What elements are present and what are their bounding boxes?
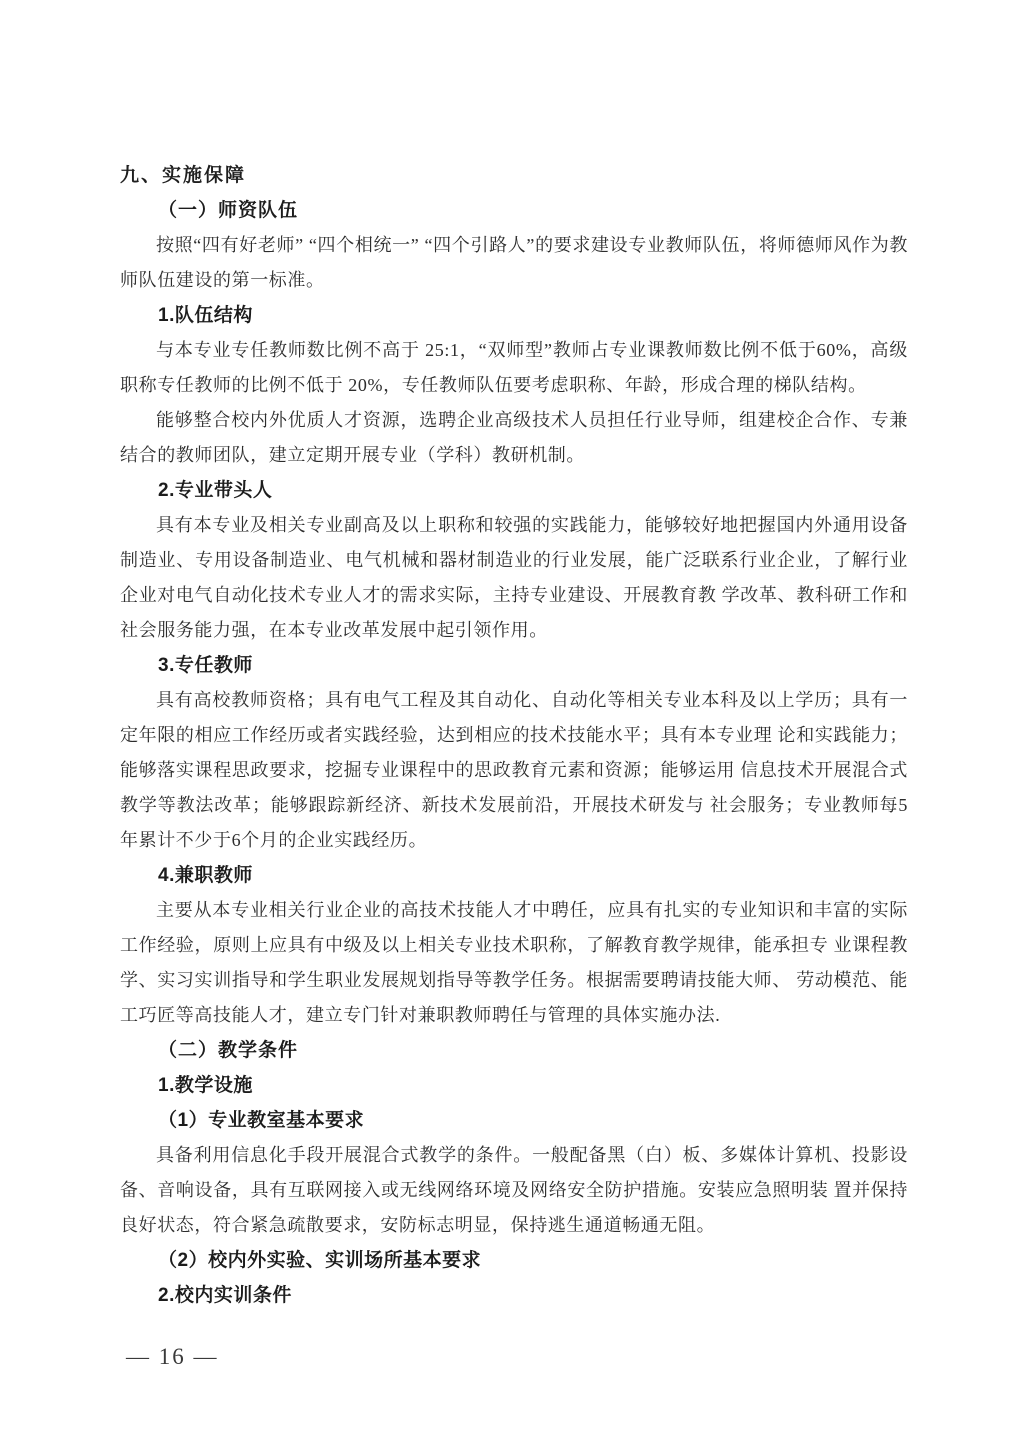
numbered-heading: 1.教学设施 <box>120 1068 908 1103</box>
paragraph: 具有高校教师资格；具有电气工程及其自动化、自动化等相关专业本科及以上学历；具有一… <box>120 683 908 858</box>
document-content: 九、实施保障 （一）师资队伍 按照“四有好老师” “四个相统一” “四个引路人”… <box>120 158 908 1313</box>
numbered-heading: 1.队伍结构 <box>120 298 908 333</box>
paragraph: 主要从本专业相关行业企业的高技术技能人才中聘任，应具有扎实的专业知识和丰富的实际… <box>120 893 908 1033</box>
numbered-heading: 4.兼职教师 <box>120 858 908 893</box>
subsection-heading: （一）师资队伍 <box>120 193 908 228</box>
paragraph: 具备利用信息化手段开展混合式教学的条件。一般配备黑（白）板、多媒体计算机、投影设… <box>120 1138 908 1243</box>
numbered-heading: 2.专业带头人 <box>120 473 908 508</box>
numbered-heading: 2.校内实训条件 <box>120 1278 908 1313</box>
page-footer: — 16 — <box>126 1344 219 1370</box>
paragraph: 按照“四有好老师” “四个相统一” “四个引路人”的要求建设专业教师队伍，将师德… <box>120 228 908 298</box>
subsection-heading: （二）教学条件 <box>120 1033 908 1068</box>
page-number: — 16 — <box>126 1344 219 1369</box>
paragraph: 具有本专业及相关专业副高及以上职称和较强的实践能力，能够较好地把握国内外通用设备… <box>120 508 908 648</box>
paragraph: 与本专业专任教师数比例不高于 25:1，“双师型”教师占专业课教师数比例不低于6… <box>120 333 908 403</box>
document-page: 九、实施保障 （一）师资队伍 按照“四有好老师” “四个相统一” “四个引路人”… <box>0 0 1024 1448</box>
numbered-heading: 3.专任教师 <box>120 648 908 683</box>
numbered-heading: （1）专业教室基本要求 <box>120 1103 908 1138</box>
numbered-heading: （2）校内外实验、实训场所基本要求 <box>120 1243 908 1278</box>
paragraph: 能够整合校内外优质人才资源，选聘企业高级技术人员担任行业导师，组建校企合作、专兼… <box>120 403 908 473</box>
section-heading: 九、实施保障 <box>120 158 908 193</box>
